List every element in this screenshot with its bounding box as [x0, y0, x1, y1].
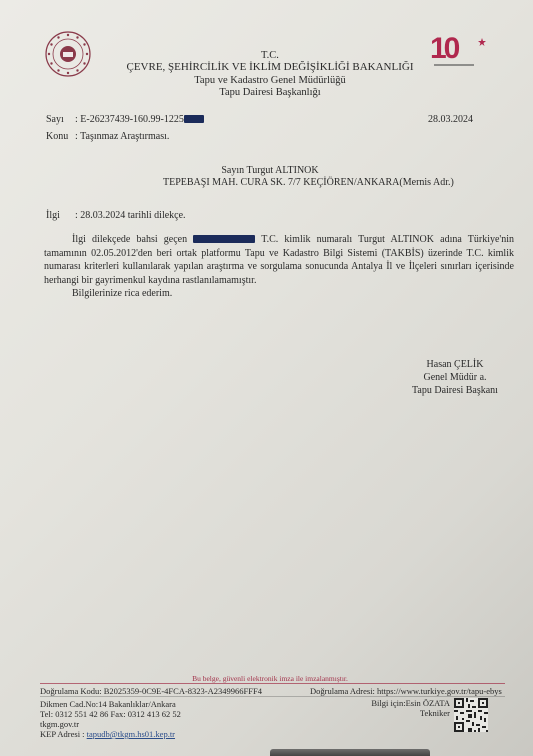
footer-divider: [40, 696, 505, 697]
department-name: Tapu Dairesi Başkanlığı: [100, 86, 440, 99]
info-contact: Bilgi için:Esin ÖZATA: [360, 698, 450, 708]
body-paragraph-1: İlgi dilekçede bahsi geçen T.C. kimlik n…: [44, 233, 514, 287]
info-contact-block: Bilgi için:Esin ÖZATA Tekniker: [360, 698, 450, 718]
contact-website: tkgm.gov.tr: [40, 719, 181, 729]
sayi-label: Sayı: [46, 114, 64, 125]
konu-value: : Taşınmaz Araştırması.: [75, 131, 169, 142]
recipient-address: TEPEBAŞI MAH. CURA SK. 7/7 KEÇİÖREN/ANKA…: [163, 177, 454, 188]
official-letter: 10 T.C. ÇEVRE, ŞEHİRCİLİK VE İKLİM DEĞİŞ…: [0, 0, 533, 756]
signer-title-1: Genel Müdür a.: [390, 371, 520, 384]
kep-label: KEP Adresi :: [40, 729, 87, 739]
contact-block: Dikmen Cad.No:14 Bakanlıklar/Ankara Tel:…: [40, 699, 181, 739]
qr-code-icon: [454, 698, 488, 732]
contact-phone: Tel: 0312 551 42 86 Fax: 0312 413 62 52: [40, 709, 181, 719]
crescent-star-icon: [478, 38, 486, 46]
kep-row: KEP Adresi : tapudb@tkgm.hs01.kep.tr: [40, 729, 181, 739]
ilgi-value: : 28.03.2024 tarihli dilekçe.: [75, 210, 186, 221]
signer-title-2: Tapu Dairesi Başkanı: [390, 384, 520, 397]
sayi-number: : E-26237439-160.99-1225: [75, 114, 184, 125]
redaction-bar: [193, 235, 255, 243]
body-text: İlgi dilekçede bahsi geçen: [72, 234, 193, 245]
photo-shadow: [270, 749, 430, 756]
body-paragraph-2: Bilgilerinize rica ederim.: [44, 287, 514, 301]
verification-code: Doğrulama Kodu: B2025359-0C9E-4FCA-8323-…: [40, 686, 262, 696]
redaction-bar: [184, 115, 204, 123]
ilgi-label: İlgi: [46, 210, 60, 221]
info-title: Tekniker: [360, 708, 450, 718]
contact-address: Dikmen Cad.No:14 Bakanlıklar/Ankara: [40, 699, 181, 709]
letter-body: İlgi dilekçede bahsi geçen T.C. kimlik n…: [44, 233, 514, 301]
verification-address: Doğrulama Adresi: https://www.turkiye.go…: [310, 686, 502, 696]
esign-notice: Bu belge, güvenli elektronik imza ile im…: [100, 674, 440, 683]
sayi-value: : E-26237439-160.99-1225: [75, 114, 204, 125]
document-date: 28.03.2024: [428, 114, 473, 125]
recipient-name: Sayın Turgut ALTINOK: [100, 165, 440, 176]
kep-link[interactable]: tapudb@tkgm.hs01.kep.tr: [87, 729, 175, 739]
footer-divider: [40, 683, 505, 684]
signer-name: Hasan ÇELİK: [390, 358, 520, 371]
ministry-name: ÇEVRE, ŞEHİRCİLİK VE İKLİM DEĞİŞİKLİĞİ B…: [100, 61, 440, 74]
konu-label: Konu: [46, 131, 68, 142]
ministry-seal-icon: [44, 30, 92, 78]
